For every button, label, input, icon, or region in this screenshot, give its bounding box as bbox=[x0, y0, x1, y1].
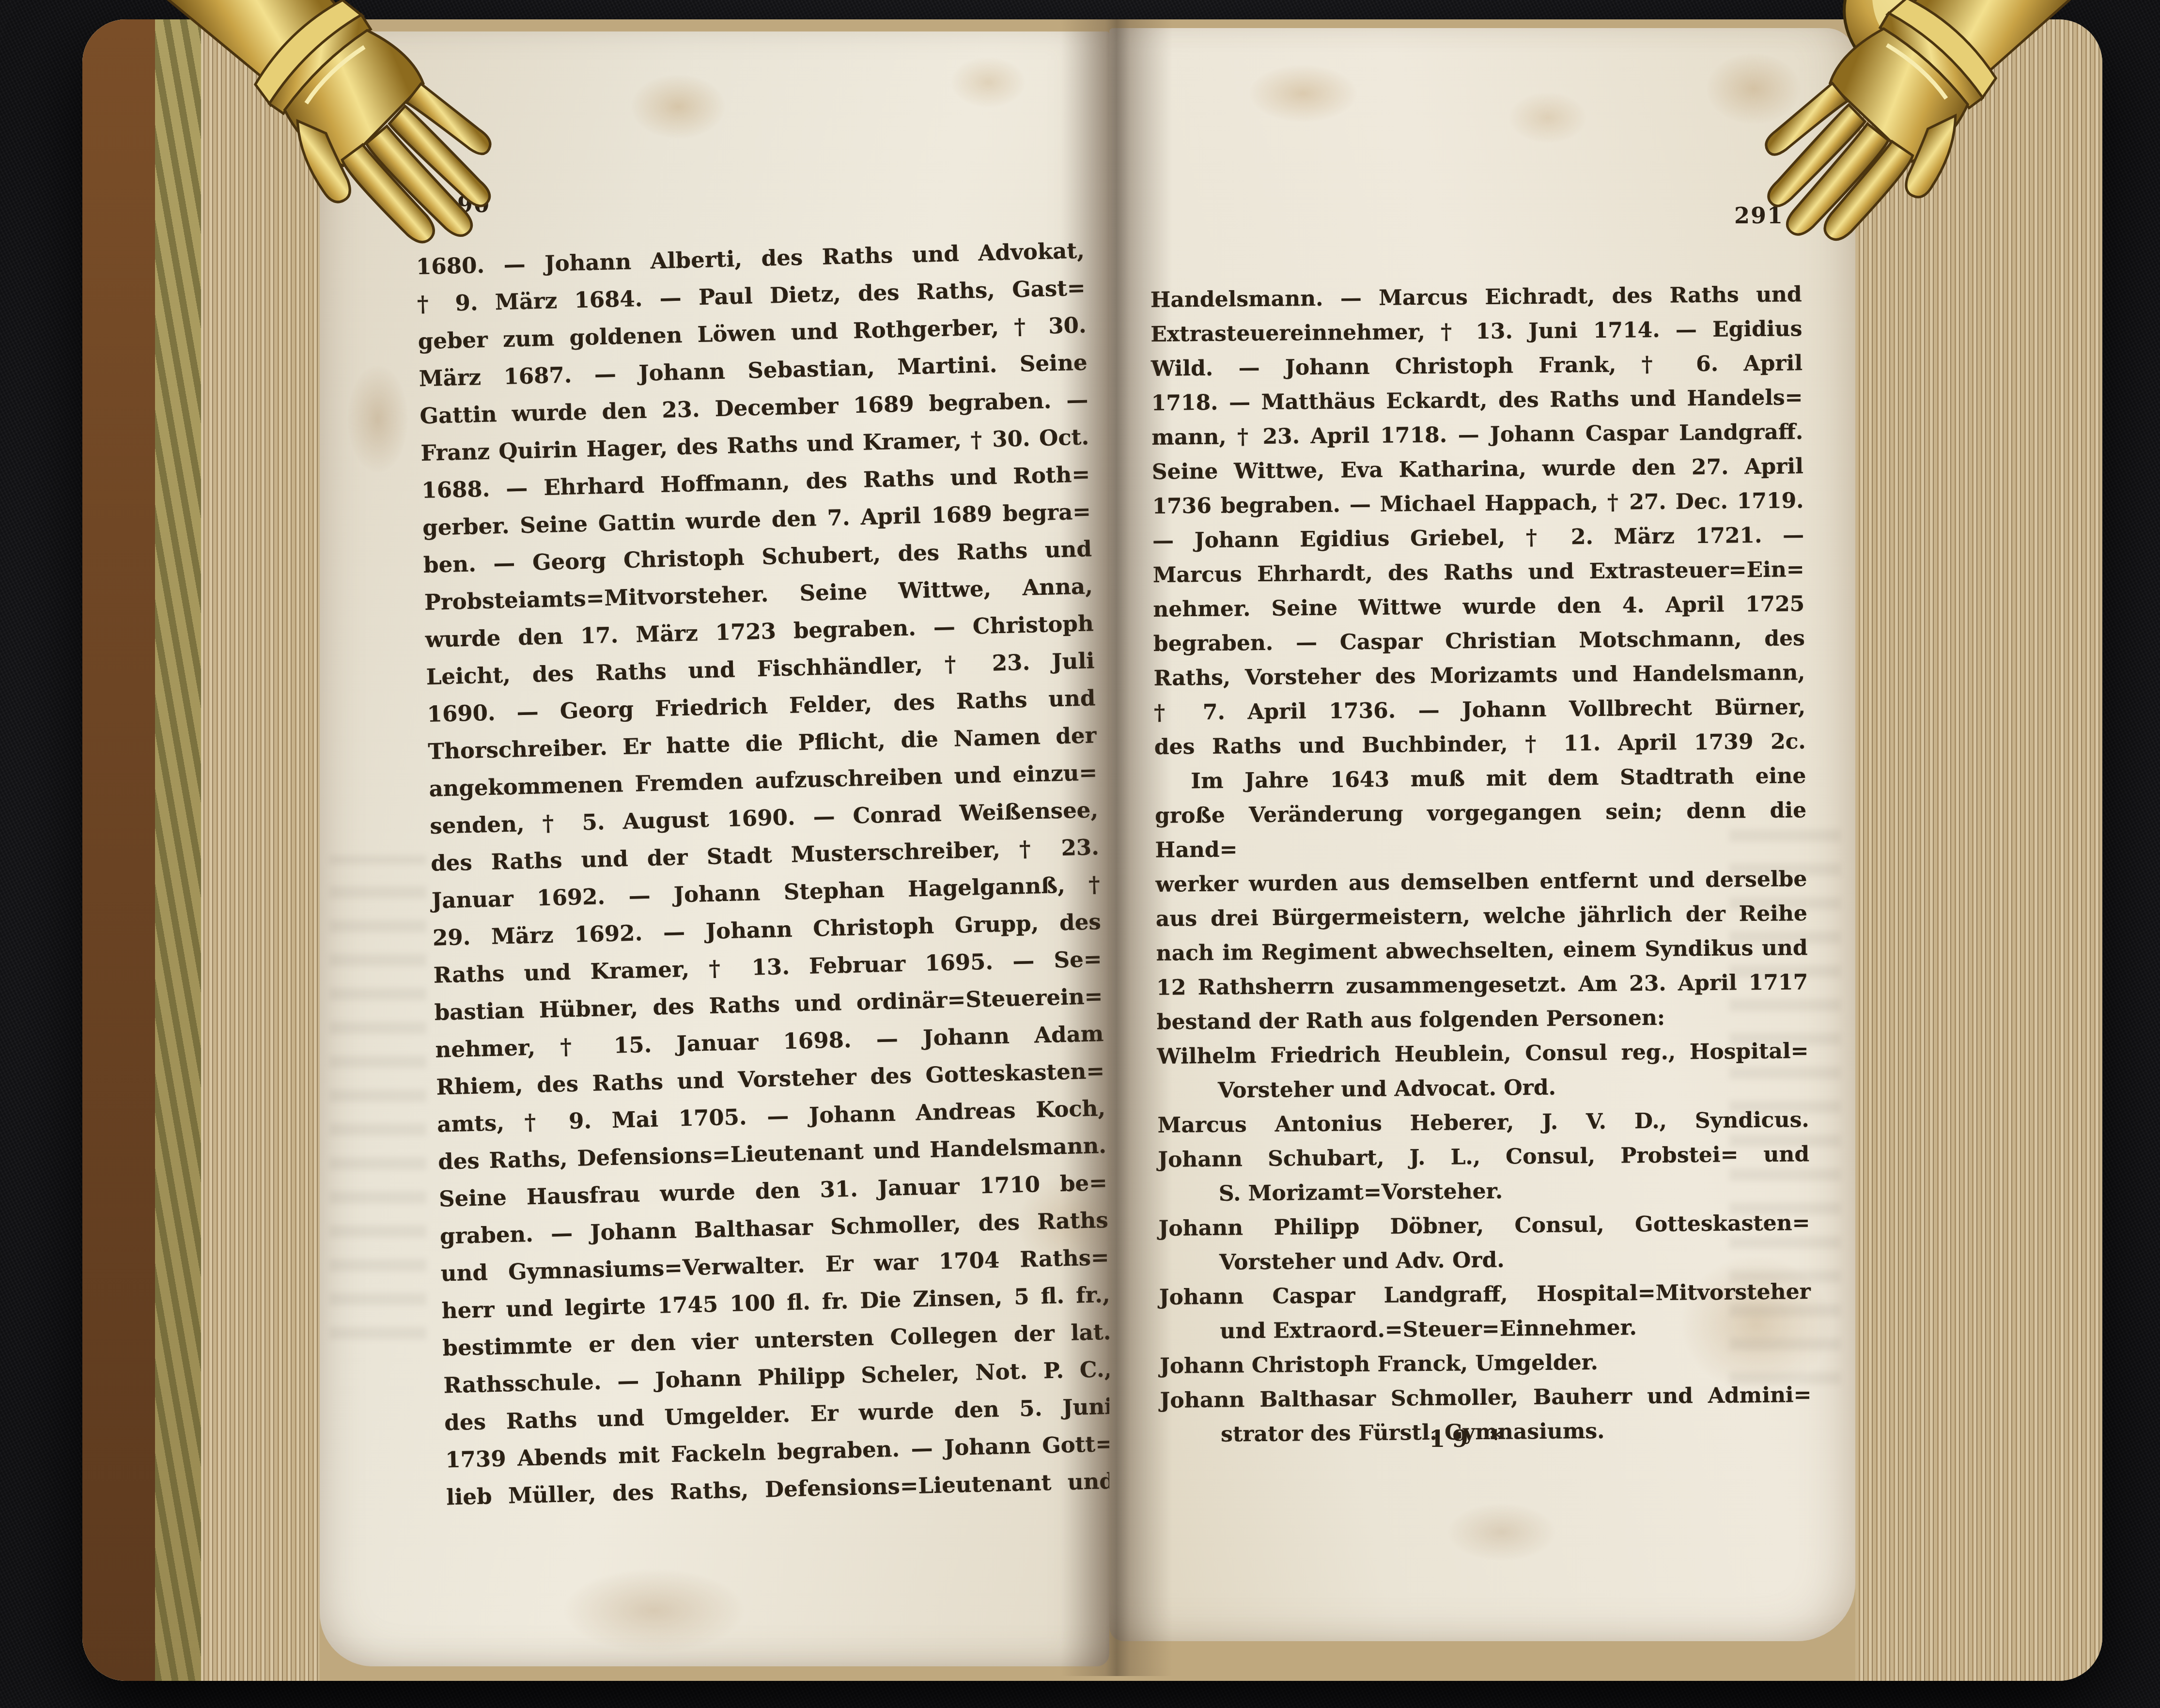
text-line: 1736 begraben. — Michael Happach, † 27. … bbox=[1152, 483, 1804, 524]
text-line: Johann Schubart, J. L., Consul, Probstei… bbox=[1158, 1137, 1810, 1177]
text-line: begraben. — Caspar Christian Motschmann,… bbox=[1153, 621, 1805, 661]
text-line: große Veränderung vorgegangen sein; denn… bbox=[1155, 793, 1807, 868]
text-line: Extrasteuereinnehmer, † 13. Juni 1714. —… bbox=[1150, 311, 1803, 352]
text-line: 12 Rathsherrn zusammengesetzt. Am 23. Ap… bbox=[1156, 965, 1808, 1005]
leather-cover-edge bbox=[82, 19, 155, 1681]
text-line: Johann Balthasar Schmoller, Bauherr und … bbox=[1160, 1378, 1812, 1418]
text-line: und Extraord.=Steuer=Einnehmer. bbox=[1159, 1309, 1811, 1349]
text-line: nach im Regiment abwechselten, einem Syn… bbox=[1156, 931, 1808, 971]
text-line: Vorsteher und Adv. Ord. bbox=[1159, 1240, 1811, 1280]
text-line: † 7. April 1736. — Johann Vollbrecht Bür… bbox=[1154, 690, 1806, 730]
text-line: Vorsteher und Advocat. Ord. bbox=[1157, 1068, 1809, 1108]
photo-backdrop: 290 1680. — Johann Alberti, des Raths un… bbox=[0, 0, 2160, 1708]
text-line: Johann Philipp Döbner, Consul, Gotteskas… bbox=[1158, 1206, 1810, 1246]
left-page: 290 1680. — Johann Alberti, des Raths un… bbox=[320, 31, 1109, 1666]
ink-showthrough bbox=[329, 855, 426, 1339]
text-line: mann, † 23. April 1718. — Johann Caspar … bbox=[1151, 415, 1803, 455]
text-line: aus drei Bürgermeistern, welche jährlich… bbox=[1156, 896, 1808, 936]
text-line: Johann Caspar Landgraff, Hospital=Mitvor… bbox=[1159, 1274, 1811, 1315]
text-line: Wilhelm Friedrich Heublein, Consul reg.,… bbox=[1157, 1034, 1809, 1074]
text-line: Raths, Vorsteher des Morizamts und Hande… bbox=[1153, 655, 1805, 696]
text-line: S. Morizamt=Vorsteher. bbox=[1158, 1171, 1810, 1211]
right-page-text: Handelsmann. — Marcus Eichradt, des Rath… bbox=[1150, 277, 1812, 1452]
text-line: des Raths und Buchbinder, † 11. April 17… bbox=[1154, 724, 1806, 764]
text-line: Wild. — Johann Christoph Frank, † 6. Apr… bbox=[1151, 346, 1803, 386]
text-line: Johann Christoph Franck, Umgelder. bbox=[1160, 1343, 1812, 1383]
text-line: bestand der Rath aus folgenden Personen: bbox=[1157, 999, 1809, 1040]
left-page-text: 1680. — Johann Alberti, des Raths und Ad… bbox=[416, 232, 1115, 1516]
text-line: Handelsmann. — Marcus Eichradt, des Rath… bbox=[1150, 277, 1802, 317]
text-line: 1718. — Matthäus Eckardt, des Raths und … bbox=[1151, 380, 1803, 420]
signature-mark: 19 * bbox=[1429, 1426, 1509, 1453]
right-page: 291 Handelsmann. — Marcus Eichradt, des … bbox=[1109, 28, 1855, 1641]
text-line: Marcus Antonius Heberer, J. V. D., Syndi… bbox=[1157, 1102, 1809, 1143]
text-line: Marcus Ehrhardt, des Raths und Extrasteu… bbox=[1152, 552, 1804, 592]
text-line: — Johann Egidius Griebel, † 2. März 1721… bbox=[1152, 518, 1804, 558]
text-line: nehmer. Seine Wittwe wurde den 4. April … bbox=[1153, 587, 1805, 627]
text-line: Im Jahre 1643 muß mit dem Stadtrath eine bbox=[1154, 759, 1806, 799]
text-line: Seine Wittwe, Eva Katharina, wurde den 2… bbox=[1152, 449, 1804, 489]
text-line: werker wurden aus demselben entfernt und… bbox=[1155, 862, 1807, 902]
